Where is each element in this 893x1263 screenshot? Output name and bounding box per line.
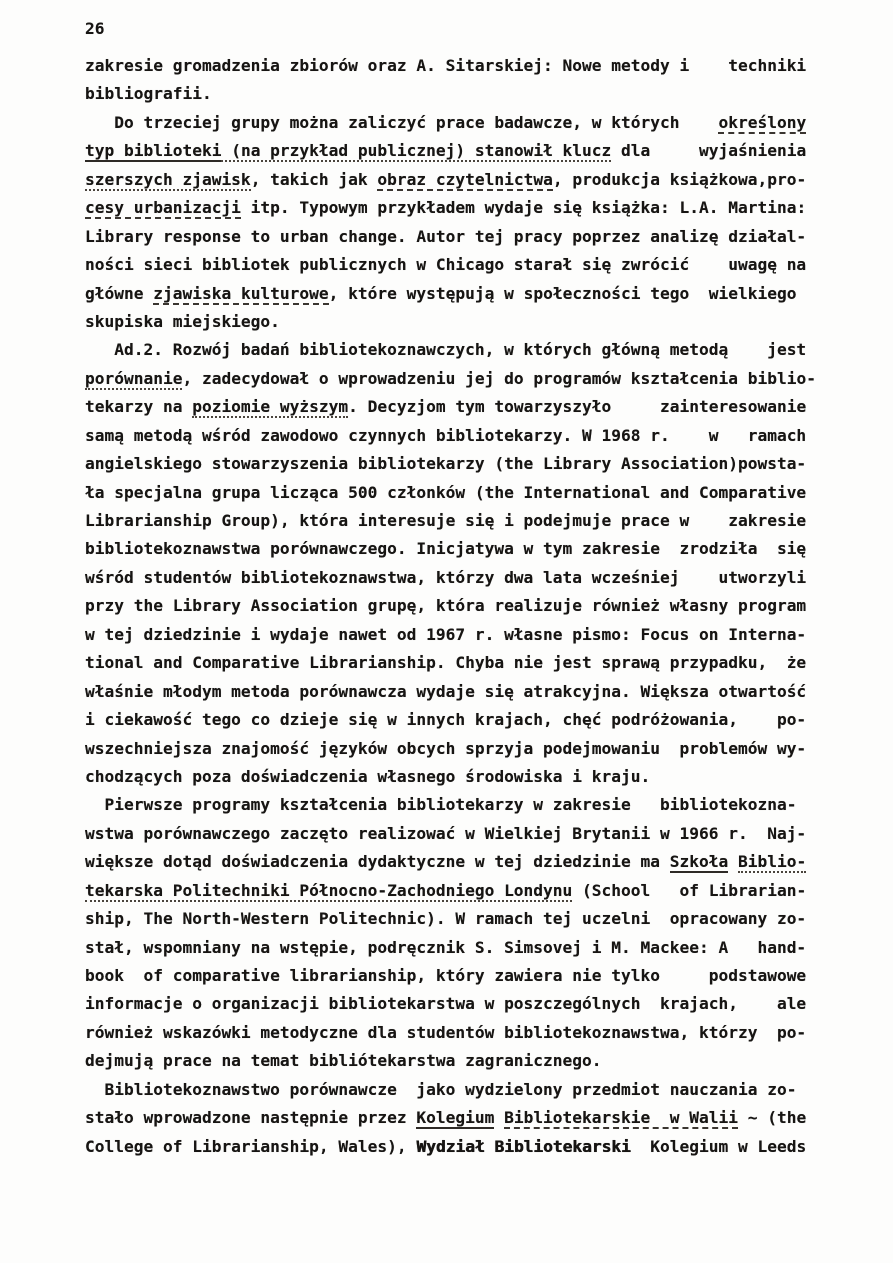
text-segment: wstwa porównawczego zaczęto realizować w… [85, 824, 806, 843]
text-segment: , takich jak [251, 170, 378, 189]
text-segment: Pierwsze programy kształcenia biblioteka… [85, 795, 796, 814]
text-segment: tional and Comparative Librarianship. Ch… [85, 653, 806, 672]
text-line: chodzących poza doświadczenia własnego ś… [85, 763, 845, 791]
text-segment: stał, wspomniany na wstępie, podręcznik … [85, 938, 806, 957]
text-segment: Kolegium w Leeds [631, 1137, 806, 1156]
underlined-text: porównanie [85, 369, 182, 390]
text-line: typ biblioteki (na przykład publicznej) … [85, 137, 845, 165]
underlined-text: szerszych zjawisk [85, 170, 251, 191]
text-segment: angielskiego stowarzyszenia bibliotekarz… [85, 454, 806, 473]
text-line: ła specjalna grupa licząca 500 członków … [85, 479, 845, 507]
text-line: Ad.2. Rozwój badań bibliotekoznawczych, … [85, 336, 845, 364]
text-segment: wśród studentów bibliotekoznawstwa, któr… [85, 568, 806, 587]
text-segment: informacje o organizacji bibliotekarstwa… [85, 994, 806, 1013]
text-segment: chodzących poza doświadczenia własnego ś… [85, 767, 650, 786]
text-segment: , zadecydował o wprowadzeniu jej do prog… [182, 369, 815, 388]
text-segment: zakresie gromadzenia zbiorów oraz A. Sit… [85, 56, 806, 75]
text-segment: Bibliotekoznawstwo porównawcze jako wydz… [85, 1080, 796, 1099]
underlined-text: zjawiska kulturowe [153, 284, 328, 305]
underlined-text: (na przykład publicznej) stanowił klucz [221, 141, 611, 162]
text-line: wszechniejsza znajomość języków obcych s… [85, 735, 845, 763]
text-line: tional and Comparative Librarianship. Ch… [85, 649, 845, 677]
underlined-text: cesy urbanizacji [85, 198, 241, 219]
text-segment: właśnie młodym metoda porównawcza wydaje… [85, 682, 806, 701]
text-line: cesy urbanizacji itp. Typowym przykładem… [85, 194, 845, 222]
underlined-text: poziomie wyższym [192, 397, 348, 418]
text-line: skupiska miejskiego. [85, 308, 845, 336]
underlined-text: Bibliotekarskie w Walii [504, 1108, 738, 1129]
text-line: większe dotąd doświadczenia dydaktyczne … [85, 848, 845, 876]
text-segment: przy the Library Association grupę, któr… [85, 596, 806, 615]
text-segment: College of Librarianship, Wales), [85, 1137, 416, 1156]
text-line: zakresie gromadzenia zbiorów oraz A. Sit… [85, 52, 845, 80]
text-segment: i ciekawość tego co dzieje się w innych … [85, 710, 806, 729]
text-segment: itp. Typowym przykładem wydaje się książ… [241, 198, 806, 217]
text-line: Library response to urban change. Autor … [85, 223, 845, 251]
text-line: book of comparative librarianship, który… [85, 962, 845, 990]
text-line: w tej dziedzinie i wydaje nawet od 1967 … [85, 621, 845, 649]
text-segment: główne [85, 284, 153, 303]
text-line: Do trzeciej grupy można zaliczyć prace b… [85, 109, 845, 137]
text-segment: skupiska miejskiego. [85, 312, 280, 331]
text-segment: book of comparative librarianship, który… [85, 966, 806, 985]
text-segment: w tej dziedzinie i wydaje nawet od 1967 … [85, 625, 806, 644]
text-line: ności sieci bibliotek publicznych w Chic… [85, 251, 845, 279]
text-line: tekarzy na poziomie wyższym. Decyzjom ty… [85, 393, 845, 421]
text-line: tekarska Politechniki Północno-Zachodnie… [85, 877, 845, 905]
underlined-text: typ biblioteki [85, 141, 221, 162]
text-segment: bibliografii. [85, 84, 212, 103]
text-line: angielskiego stowarzyszenia bibliotekarz… [85, 450, 845, 478]
text-segment: dejmują prace na temat bibliótekarstwa z… [85, 1051, 602, 1070]
text-line: główne zjawiska kulturowe, które występu… [85, 280, 845, 308]
emphasized-text: Wydział Bibliotekarski [416, 1137, 630, 1156]
text-line: wstwa porównawczego zaczęto realizować w… [85, 820, 845, 848]
text-segment: tekarzy na [85, 397, 192, 416]
text-segment: Do trzeciej grupy można zaliczyć prace b… [85, 113, 718, 132]
text-line: Librarianship Group), która interesuje s… [85, 507, 845, 535]
text-segment: ności sieci bibliotek publicznych w Chic… [85, 255, 806, 274]
text-segment: ~ (the [738, 1108, 806, 1127]
text-line: samą metodą wśród zawodowo czynnych bibl… [85, 422, 845, 450]
text-segment [494, 1108, 504, 1127]
text-segment: , produkcja książkowa,pro- [553, 170, 806, 189]
text-line: i ciekawość tego co dzieje się w innych … [85, 706, 845, 734]
text-line: Bibliotekoznawstwo porównawcze jako wydz… [85, 1076, 845, 1104]
text-block: zakresie gromadzenia zbiorów oraz A. Sit… [85, 52, 845, 1161]
text-segment: stało wprowadzone następnie przez [85, 1108, 416, 1127]
text-line: stał, wspomniany na wstępie, podręcznik … [85, 934, 845, 962]
text-line: również wskazówki metodyczne dla student… [85, 1019, 845, 1047]
text-segment: większe dotąd doświadczenia dydaktyczne … [85, 852, 670, 871]
text-line: Pierwsze programy kształcenia biblioteka… [85, 791, 845, 819]
text-line: bibliografii. [85, 80, 845, 108]
text-segment: , które występują w społeczności tego wi… [329, 284, 797, 303]
text-segment: bibliotekoznawstwa porównawczego. Inicja… [85, 539, 806, 558]
text-line: informacje o organizacji bibliotekarstwa… [85, 990, 845, 1018]
text-segment: ła specjalna grupa licząca 500 członków … [85, 483, 806, 502]
text-line: porównanie, zadecydował o wprowadzeniu j… [85, 365, 845, 393]
underlined-text: tekarska Politechniki Północno-Zachodnie… [85, 881, 572, 902]
underlined-text: Szkoła [670, 852, 728, 873]
text-line: właśnie młodym metoda porównawcza wydaje… [85, 678, 845, 706]
text-segment: również wskazówki metodyczne dla student… [85, 1023, 806, 1042]
text-line: przy the Library Association grupę, któr… [85, 592, 845, 620]
text-line: stało wprowadzone następnie przez Kolegi… [85, 1104, 845, 1132]
text-line: ship, The North-Western Politechnic). W … [85, 905, 845, 933]
scanned-page: 26 zakresie gromadzenia zbiorów oraz A. … [0, 0, 893, 1263]
underlined-text: Biblio- [738, 852, 806, 873]
text-segment: Librarianship Group), która interesuje s… [85, 511, 806, 530]
underlined-text: określony [718, 113, 806, 134]
underlined-text: Kolegium [416, 1108, 494, 1129]
text-segment: wszechniejsza znajomość języków obcych s… [85, 739, 806, 758]
text-segment: Library response to urban change. Autor … [85, 227, 806, 246]
text-line: College of Librarianship, Wales), Wydzia… [85, 1133, 845, 1161]
text-line: dejmują prace na temat bibliótekarstwa z… [85, 1047, 845, 1075]
text-segment: dla wyjaśnienia [611, 141, 806, 160]
text-line: bibliotekoznawstwa porównawczego. Inicja… [85, 535, 845, 563]
text-segment [728, 852, 738, 871]
text-segment: Ad.2. Rozwój badań bibliotekoznawczych, … [85, 340, 806, 359]
text-line: wśród studentów bibliotekoznawstwa, któr… [85, 564, 845, 592]
page-number: 26 [85, 18, 105, 40]
text-segment: . Decyzjom tym towarzyszyło zainteresowa… [348, 397, 806, 416]
text-segment: ship, The North-Western Politechnic). W … [85, 909, 806, 928]
text-segment: (School of Librarian- [572, 881, 806, 900]
underlined-text: obraz czytelnictwa [377, 170, 552, 191]
text-segment: samą metodą wśród zawodowo czynnych bibl… [85, 426, 806, 445]
text-line: szerszych zjawisk, takich jak obraz czyt… [85, 166, 845, 194]
